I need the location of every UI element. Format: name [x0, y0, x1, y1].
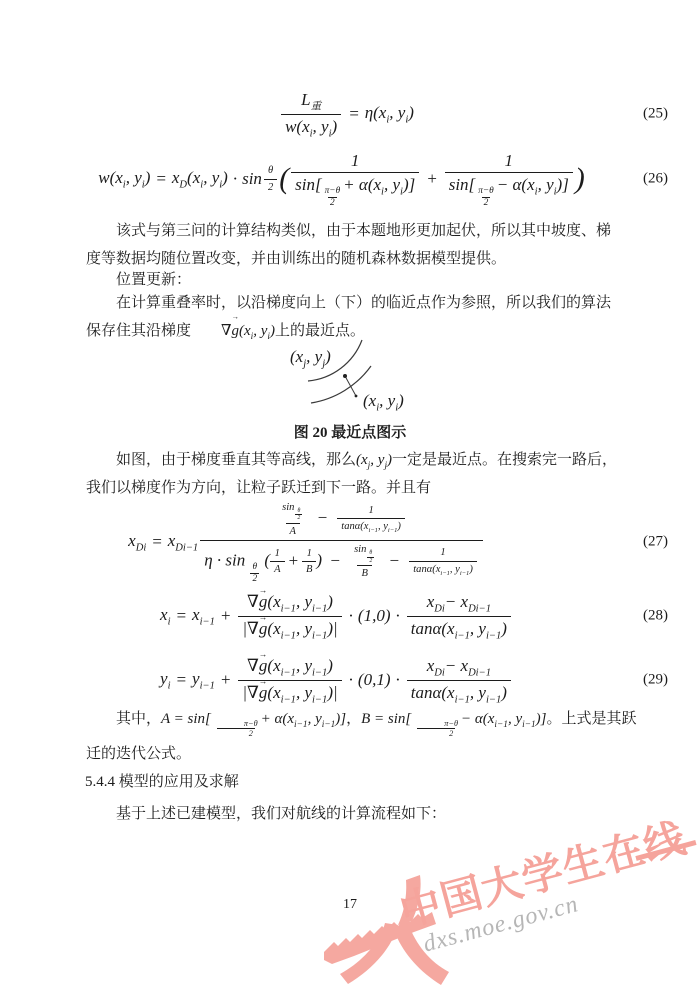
paragraph-line: 在计算重叠率时，以沿梯度向上（下）的临近点作为参照，所以我们的算法	[116, 295, 611, 311]
math-token: ·	[233, 169, 237, 189]
math-token: =	[151, 532, 162, 552]
inline-math-point-j: (xj, yj)	[356, 452, 392, 468]
paragraph-line: 我们以梯度作为方向，让粒子跃迁到下一路。并且有	[86, 480, 431, 496]
fraction: sinθ2A − 1tanα(xi−1, yi−1) η · sin θ2 (1…	[200, 499, 483, 586]
math-token: L重	[297, 88, 325, 114]
math-token: ·	[395, 606, 399, 626]
math-token: w(xi, yi)	[98, 168, 150, 191]
paragraph-1: 该式与第三问的计算结构类似，由于本题地形更加起伏，所以其中坡度、梯 度等数据均随…	[86, 217, 638, 273]
math-token: =	[348, 104, 359, 124]
fraction: 1 sin[π−θ2+ α(xi, yi)]	[291, 149, 419, 210]
math-token: yi	[160, 669, 170, 692]
math-token: |→∇g(xi−1, yi−1)|	[238, 680, 341, 707]
math-token: →∇g(xi−1, yi−1)	[243, 654, 337, 680]
math-token: yi−1	[192, 669, 215, 692]
point-dot-j	[343, 374, 347, 378]
math-token: w(xi, yi)	[281, 114, 341, 141]
math-token: =	[155, 169, 166, 189]
paragraph-line: 迁的迭代公式。	[86, 746, 191, 762]
equation-tag-26: (26)	[643, 171, 668, 188]
math-token: ·	[349, 606, 353, 626]
paragraph-6: 基于上述已建模型，我们对航线的计算流程如下：	[86, 800, 638, 828]
equation-tag-29: (29)	[643, 672, 668, 689]
page: 中国大学生在线 dxs.moe.gov.cn L重 w(xi, yi) = η(…	[0, 0, 700, 989]
math-token: ·	[349, 670, 353, 690]
math-token: =	[176, 670, 187, 690]
paragraph-line: 该式与第三问的计算结构类似，由于本题地形更加起伏，所以其中坡度、梯	[116, 223, 611, 239]
equation-tag-25: (25)	[643, 106, 668, 123]
fraction: →∇g(xi−1, yi−1) |→∇g(xi−1, yi−1)|	[238, 590, 341, 643]
section-heading: 5.4.4 模型的应用及求解	[85, 770, 239, 791]
figure-caption: 图 20 最近点图示	[0, 421, 700, 442]
equation-27: xDi = xDi−1 sinθ2A − 1tanα(xi−1, yi−1) η…	[85, 498, 668, 586]
paragraph-line: 其中，	[116, 711, 161, 727]
page-number: 17	[0, 897, 700, 913]
math-token: η · sin θ2 (1A+1B) − sinθ2B − 1tanα(xi−1…	[200, 540, 483, 585]
math-token: xDi− xDi−1	[423, 654, 495, 680]
inline-math-A: A = sin[π−θ2+ α(xi−1, yi−1)]	[161, 711, 346, 727]
paragraph-line: 度等数据均随位置改变，并由训练出的随机森林数据模型提供。	[86, 251, 506, 267]
figure-label-j: (xj, yj)	[290, 347, 331, 370]
paragraph-line: 位置更新：	[116, 272, 191, 288]
equation-tag-28: (28)	[643, 608, 668, 625]
point-dot-i	[355, 395, 358, 398]
math-token: xDi− xDi−1	[423, 590, 495, 616]
paragraph-line: 如图，由于梯度垂直其等高线，那么	[116, 452, 356, 468]
fraction: L重 w(xi, yi)	[281, 88, 341, 141]
inline-math-gradient: →∇g(xi, yi)	[191, 323, 275, 339]
math-token: +	[220, 670, 231, 690]
math-token: η(xi, yi)	[365, 103, 414, 126]
math-token: sin[π−θ2+ α(xi, yi)]	[291, 172, 419, 210]
paragraph-5: 其中，A = sin[π−θ2+ α(xi−1, yi−1)]，B = sin[…	[86, 704, 638, 769]
equation-25: L重 w(xi, yi) = η(xi, yi) (25)	[85, 86, 668, 142]
contour-arc-outer	[311, 366, 371, 403]
math-token: +	[220, 606, 231, 626]
math-token: +	[426, 169, 437, 189]
math-token: xi	[160, 605, 170, 628]
math-token: xi−1	[192, 605, 215, 628]
paragraph-line: 一定是最近点。在搜索完一路后，	[392, 452, 617, 468]
math-token: (0,1)	[358, 670, 391, 690]
math-token: xD(xi, yi)	[172, 168, 228, 191]
equation-29: yi = yi−1 + →∇g(xi−1, yi−1) |→∇g(xi−1, y…	[85, 652, 668, 708]
equation-tag-27: (27)	[643, 534, 668, 551]
equation-26: w(xi, yi) = xD(xi, yi) · sin θ2 ( 1 sin[…	[85, 148, 668, 210]
paragraph-line: ，	[346, 711, 361, 727]
math-token: =	[176, 606, 187, 626]
paragraph-4: 如图，由于梯度垂直其等高线，那么(xj, yj)一定是最近点。在搜索完一路后， …	[86, 446, 638, 502]
fraction: θ2	[264, 163, 277, 194]
paragraph-line: 保存住其沿梯度	[86, 323, 191, 339]
math-token: tanα(xi−1, yi−1)	[407, 680, 511, 707]
paragraph-line: 基于上述已建模型，我们对航线的计算流程如下：	[116, 806, 446, 822]
fraction: xDi− xDi−1 tanα(xi−1, yi−1)	[407, 590, 511, 643]
equation-28: xi = xi−1 + →∇g(xi−1, yi−1) |→∇g(xi−1, y…	[85, 588, 668, 644]
figure-label-i: (xi, yi)	[363, 391, 404, 414]
math-token: sin[π−θ2− α(xi, yi)]	[445, 172, 573, 210]
fraction: xDi− xDi−1 tanα(xi−1, yi−1)	[407, 654, 511, 707]
math-token: ·	[395, 670, 399, 690]
fraction: 1 sin[π−θ2− α(xi, yi)]	[445, 149, 573, 210]
math-token: sin	[242, 169, 262, 189]
math-token: xDi	[128, 531, 146, 554]
paragraph-line: 。上式是其跃	[546, 711, 636, 727]
fraction: →∇g(xi−1, yi−1) |→∇g(xi−1, yi−1)|	[238, 654, 341, 707]
inline-math-B: B = sin[π−θ2− α(xi−1, yi−1)]	[361, 711, 546, 727]
math-token: |→∇g(xi−1, yi−1)|	[238, 616, 341, 643]
math-token: tanα(xi−1, yi−1)	[407, 616, 511, 643]
math-token: →∇g(xi−1, yi−1)	[243, 590, 337, 616]
connector-line	[345, 376, 356, 396]
math-token: xDi−1	[168, 531, 198, 554]
math-token: (1,0)	[358, 606, 391, 626]
math-token: sinθ2A − 1tanα(xi−1, yi−1)	[272, 499, 411, 541]
